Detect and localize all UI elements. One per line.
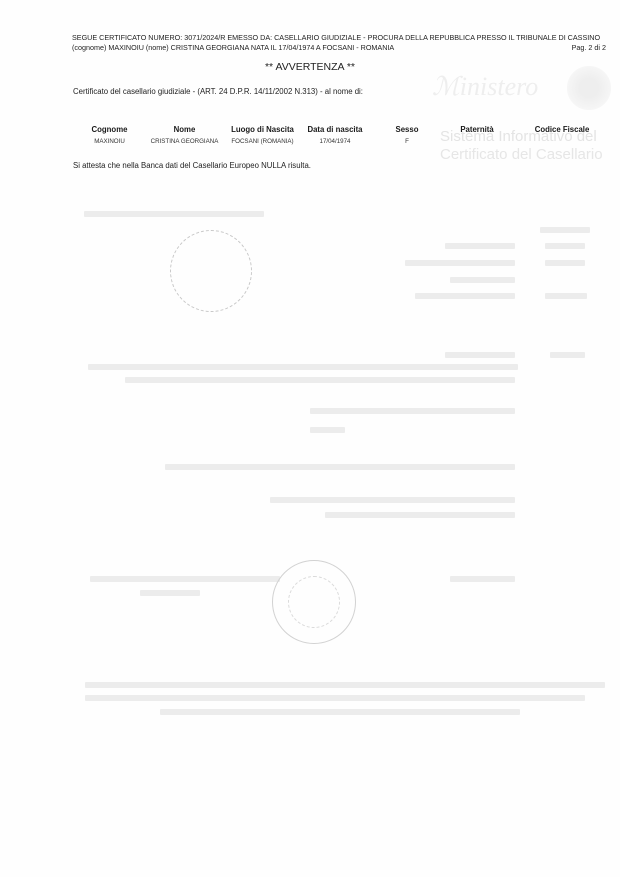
ghost-line	[125, 377, 515, 383]
ghost-line	[540, 227, 590, 233]
column-header: Paternità	[452, 125, 502, 134]
ghost-line	[450, 576, 515, 582]
ghost-line	[310, 427, 345, 433]
ghost-line	[445, 243, 515, 249]
ghost-line	[88, 364, 518, 370]
column-nome: Nome CRISTINA GEORGIANA	[142, 125, 227, 145]
ghost-line	[450, 277, 515, 283]
column-data-nascita: Data di nascita 17/04/1974	[300, 125, 370, 145]
document-page: ℳinistero Sistema Informativo del Certif…	[0, 0, 620, 877]
column-paternita: Paternità	[452, 125, 502, 138]
ghost-line	[325, 512, 515, 518]
column-header: Luogo di Nascita	[225, 125, 300, 134]
column-header: Codice Fiscale	[527, 125, 597, 134]
column-sesso: Sesso F	[382, 125, 432, 145]
ghost-line	[545, 260, 585, 266]
column-header: Nome	[142, 125, 227, 134]
cell-cognome: MAXINOIU	[72, 138, 147, 145]
ghost-line	[550, 352, 585, 358]
ghost-line	[84, 211, 264, 217]
column-codice-fiscale: Codice Fiscale	[527, 125, 597, 138]
ghost-line	[165, 464, 515, 470]
ghost-watermark: ℳinistero	[432, 72, 538, 102]
ghost-stamp	[288, 576, 340, 628]
ghost-line	[85, 682, 605, 688]
attestation-statement: Si attesta che nella Banca dati del Case…	[73, 161, 311, 170]
cell-sesso: F	[382, 138, 432, 145]
warning-title: ** AVVERTENZA **	[0, 61, 620, 73]
ghost-stamp	[170, 230, 252, 312]
ghost-line	[445, 352, 515, 358]
ghost-line	[415, 293, 515, 299]
header-certificate-line: SEGUE CERTIFICATO NUMERO: 3071/2024/R EM…	[72, 33, 600, 43]
certificate-header: SEGUE CERTIFICATO NUMERO: 3071/2024/R EM…	[72, 33, 612, 52]
ghost-line	[90, 576, 280, 582]
ghost-heading: Certificato del Casellario	[440, 146, 603, 163]
header-subject-line: (cognome) MAXINOIU (nome) CRISTINA GEORG…	[72, 43, 394, 53]
column-header: Cognome	[72, 125, 147, 134]
page-indicator: Pag. 2 di 2	[572, 43, 606, 53]
ghost-line	[85, 695, 585, 701]
ghost-line	[140, 590, 200, 596]
column-cognome: Cognome MAXINOIU	[72, 125, 147, 145]
column-header: Data di nascita	[300, 125, 370, 134]
ghost-line	[545, 293, 587, 299]
ghost-line	[405, 260, 515, 266]
cell-data-nascita: 17/04/1974	[300, 138, 370, 145]
cell-luogo-nascita: FOCSANI (ROMANIA)	[225, 138, 300, 145]
column-header: Sesso	[382, 125, 432, 134]
ghost-line	[545, 243, 585, 249]
ghost-line	[310, 408, 515, 414]
ghost-line	[270, 497, 515, 503]
cell-nome: CRISTINA GEORGIANA	[142, 138, 227, 145]
column-luogo-nascita: Luogo di Nascita FOCSANI (ROMANIA)	[225, 125, 300, 145]
ghost-line	[160, 709, 520, 715]
certificate-intro: Certificato del casellario giudiziale - …	[73, 87, 363, 96]
